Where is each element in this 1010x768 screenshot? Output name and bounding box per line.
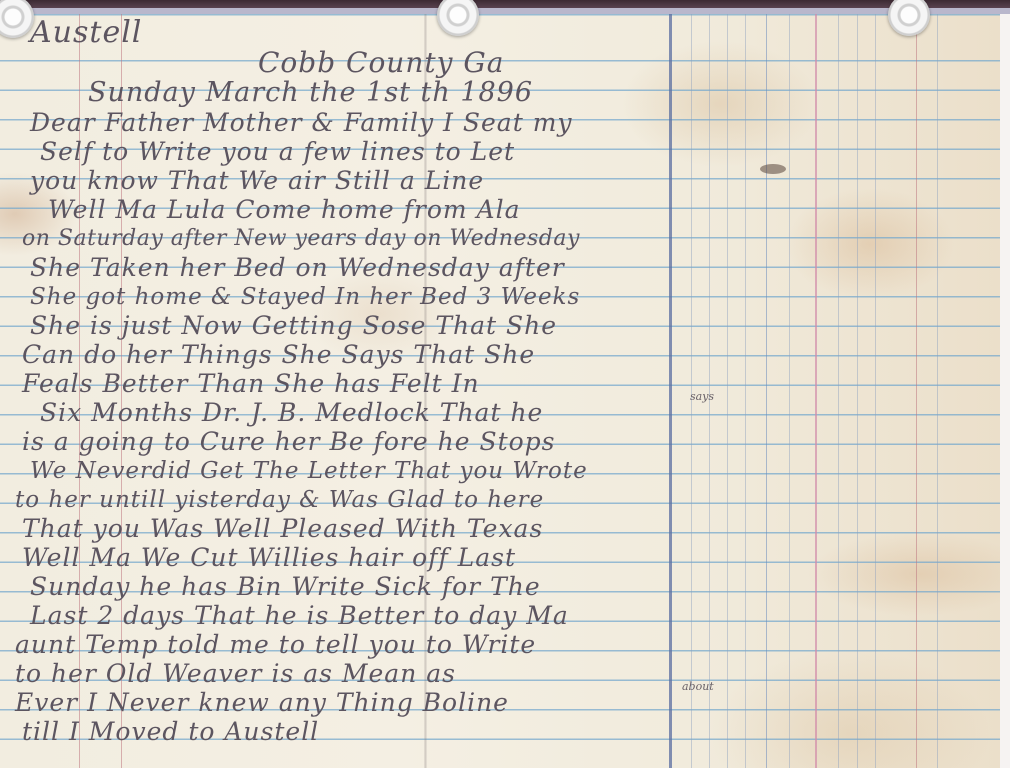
letter-line: Self to Write you a few lines to Let: [40, 137, 515, 167]
ledger-red-rule: [916, 14, 917, 768]
ledger-column-rule: [766, 14, 767, 768]
letter-line: is a going to Cure her Be fore he Stops: [22, 427, 556, 457]
letter-line: She got home & Stayed In her Bed 3 Weeks: [30, 282, 580, 312]
ledger-grid-line: [727, 14, 728, 768]
letter-line: Feals Better Than She has Felt In: [22, 369, 480, 399]
letter-line: She Taken her Bed on Wednesday after: [30, 253, 565, 283]
letter-line: She is just Now Getting Sose That She: [30, 311, 557, 341]
letter-page: Austell Cobb County Ga Sunday March the …: [0, 14, 1000, 768]
ledger-grid-line: [857, 14, 858, 768]
letter-line: Ever I Never knew any Thing Boline: [15, 688, 509, 718]
header-date: Sunday March the 1st th 1896: [88, 78, 533, 108]
ledger-column-rule: [669, 14, 672, 768]
letter-line: you know That We air Still a Line: [30, 166, 484, 196]
ledger-grid-line: [937, 14, 938, 768]
ledger-red-rule: [815, 14, 817, 768]
letter-line: Six Months Dr. J. B. Medlock That he: [40, 398, 543, 428]
letter-line: That you Was Well Pleased With Texas: [22, 514, 543, 544]
letter-line: to her Old Weaver is as Mean as: [15, 659, 456, 689]
letter-line: till I Moved to Austell: [22, 717, 319, 747]
sleeve-top-band: [0, 0, 1010, 8]
ledger-grid-line: [875, 14, 876, 768]
header-county: Cobb County Ga: [258, 48, 504, 78]
letter-line: Well Ma We Cut Willies hair off Last: [22, 543, 516, 573]
letter-line: on Saturday after New years day on Wedne…: [22, 224, 580, 254]
letter-line: Dear Father Mother & Family I Seat my: [30, 108, 573, 138]
letter-line: Can do her Things She Says That She: [22, 340, 535, 370]
interlinear-note-says: says: [690, 390, 714, 403]
ledger-grid-line: [838, 14, 839, 768]
ledger-grid-line: [745, 14, 746, 768]
letter-line: We Neverdid Get The Letter That you Wrot…: [30, 456, 588, 486]
header-place: Austell: [30, 18, 142, 48]
interlinear-note-about: about: [682, 680, 714, 693]
ledger-grid-line: [789, 14, 790, 768]
letter-line: Sunday he has Bin Write Sick for The: [30, 572, 541, 602]
sleeve-right-edge: [1000, 14, 1010, 768]
letter-line: aunt Temp told me to tell you to Write: [15, 630, 536, 660]
letter-line: Well Ma Lula Come home from Ala: [48, 195, 520, 225]
letter-line: to her untill yisterday & Was Glad to he…: [15, 485, 544, 515]
ink-blot: [760, 164, 786, 174]
letter-line: Last 2 days That he is Better to day Ma: [30, 601, 569, 631]
